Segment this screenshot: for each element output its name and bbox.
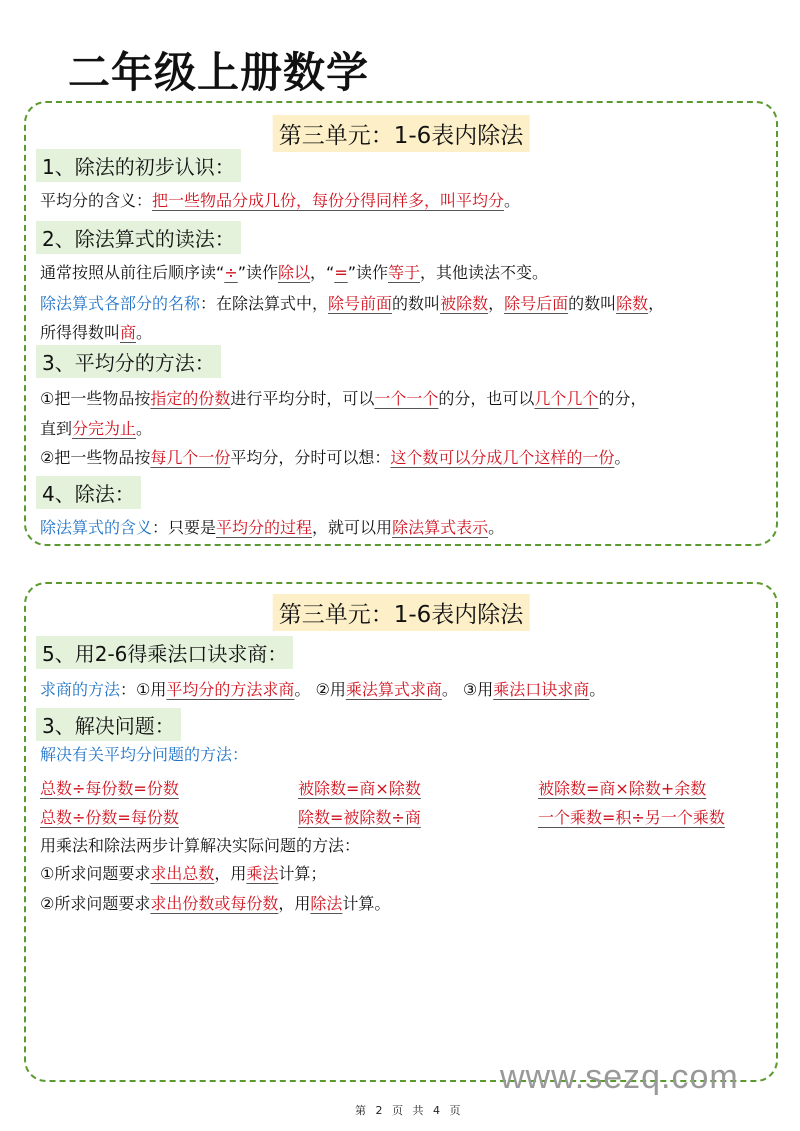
key-phrase: 除法 <box>310 894 342 913</box>
punct: 。 <box>589 680 605 699</box>
key-phrase: 指定的份数 <box>150 389 230 408</box>
text: ”读作 <box>238 263 278 282</box>
section-heading-4: 4、除法： <box>36 476 141 509</box>
text: 的分，也可以 <box>438 389 534 408</box>
punct: 。 <box>488 518 504 537</box>
key-phrase: 求出总数 <box>150 864 214 883</box>
key-phrase: 平均分的过程 <box>216 518 312 537</box>
key-phrase: 几个几个 <box>534 389 598 408</box>
key-phrase: 把一些物品分成几份，每份分得同样多，叫平均分 <box>152 191 504 210</box>
page-title: 二年级上册数学 <box>68 40 369 100</box>
key-phrase: 乘法算式求商 <box>346 680 442 699</box>
text: ：①用 <box>120 680 166 699</box>
text: ②所求问题要求 <box>40 894 150 913</box>
text: ， <box>648 294 664 313</box>
unit-box-1: 第三单元：1-6表内除法 1、除法的初步认识： 平均分的含义：把一些物品分成几份… <box>24 101 778 546</box>
text: 。 ③用 <box>442 680 493 699</box>
text: ：只要是 <box>152 518 216 537</box>
page-number: 第 2 页 共 4 页 <box>355 1102 463 1118</box>
text: ”读作 <box>348 263 388 282</box>
unit-title: 第三单元：1-6表内除法 <box>273 115 530 152</box>
formula: 除数=被除数÷商 <box>298 805 421 828</box>
part-names: 除法算式各部分的名称：在除法算式中，除号前面的数叫被除数，除号后面的数叫除数， <box>40 294 664 314</box>
avg-problem-methods-label: 解决有关平均分问题的方法： <box>40 745 248 765</box>
key-phrase: 等于 <box>388 263 420 282</box>
text: ②把一些物品按 <box>40 448 150 467</box>
text: ，“ <box>310 263 334 282</box>
text: 平均分，分时可以想： <box>230 448 390 467</box>
key-phrase: 除号前面 <box>328 294 392 313</box>
key-phrase: 除数 <box>616 294 648 313</box>
label: 平均分的含义： <box>40 191 152 210</box>
reading-rule: 通常按照从前往后顺序读“÷”读作除以，“=”读作等于，其他读法不变。 <box>40 263 548 283</box>
text: ①所求问题要求 <box>40 864 150 883</box>
blue-label: 求商的方法 <box>40 680 120 699</box>
text: 直到 <box>40 419 72 438</box>
watermark: www.sezq.com <box>500 1058 739 1097</box>
text: ①把一些物品按 <box>40 389 150 408</box>
punct: 。 <box>614 448 630 467</box>
text: ，其他读法不变。 <box>420 263 548 282</box>
section-heading-6: 3、解决问题： <box>36 708 181 741</box>
divide-symbol: ÷ <box>224 263 237 282</box>
unit-title: 第三单元：1-6表内除法 <box>273 594 530 631</box>
punct: 。 <box>136 419 152 438</box>
text: 的数叫 <box>392 294 440 313</box>
division-meaning: 除法算式的含义：只要是平均分的过程，就可以用除法算式表示。 <box>40 518 504 538</box>
text: ，就可以用 <box>312 518 392 537</box>
text: ， <box>488 294 504 313</box>
two-step-1: ①所求问题要求求出总数，用乘法计算； <box>40 864 326 884</box>
text: 所得得数叫 <box>40 323 120 342</box>
text: 计算。 <box>342 894 390 913</box>
text: 计算； <box>278 864 326 883</box>
two-step-2: ②所求问题要求求出份数或每份数，用除法计算。 <box>40 894 390 914</box>
equals-symbol: = <box>334 263 347 282</box>
punct: 。 <box>136 323 152 342</box>
quotient-methods: 求商的方法：①用平均分的方法求商。 ②用乘法算式求商。 ③用乘法口诀求商。 <box>40 680 605 700</box>
formula: 总数÷每份数=份数 <box>40 776 179 799</box>
key-phrase: 乘法口诀求商 <box>493 680 589 699</box>
section-heading-5: 5、用2-6得乘法口诀求商： <box>36 636 293 669</box>
blue-label: 除法算式的含义 <box>40 518 152 537</box>
avg-definition: 平均分的含义：把一些物品分成几份，每份分得同样多，叫平均分。 <box>40 191 520 211</box>
section-heading-2: 2、除法算式的读法： <box>36 221 241 254</box>
blue-label: 除法算式各部分的名称 <box>40 294 200 313</box>
key-phrase: 乘法 <box>246 864 278 883</box>
key-phrase: 每几个一份 <box>150 448 230 467</box>
key-phrase: 这个数可以分成几个这样的一份 <box>390 448 614 467</box>
section-heading-3: 3、平均分的方法： <box>36 345 221 378</box>
formula: 被除数=商×除数+余数 <box>538 776 706 799</box>
text: ：在除法算式中， <box>200 294 328 313</box>
key-phrase: 平均分的方法求商 <box>166 680 294 699</box>
key-phrase: 分完为止 <box>72 419 136 438</box>
key-phrase: 求出份数或每份数 <box>150 894 278 913</box>
section-heading-1: 1、除法的初步认识： <box>36 149 241 182</box>
text: ，用 <box>214 864 246 883</box>
formula: 一个乘数=积÷另一个乘数 <box>538 805 725 828</box>
method-1-cont: 直到分完为止。 <box>40 419 152 439</box>
key-phrase: 除以 <box>278 263 310 282</box>
formula: 总数÷份数=每份数 <box>40 805 179 828</box>
method-1: ①把一些物品按指定的份数进行平均分时，可以一个一个的分，也可以几个几个的分， <box>40 389 646 409</box>
formula: 被除数=商×除数 <box>298 776 421 799</box>
key-phrase: 商 <box>120 323 136 342</box>
two-step-methods-label: 用乘法和除法两步计算解决实际问题的方法： <box>40 836 360 856</box>
unit-box-2: 第三单元：1-6表内除法 5、用2-6得乘法口诀求商： 求商的方法：①用平均分的… <box>24 582 778 1082</box>
text: 进行平均分时，可以 <box>230 389 374 408</box>
key-phrase: 除法算式表示 <box>392 518 488 537</box>
key-phrase: 一个一个 <box>374 389 438 408</box>
text: ，用 <box>278 894 310 913</box>
text: 。 ②用 <box>294 680 345 699</box>
key-phrase: 除号后面 <box>504 294 568 313</box>
text: 的分， <box>598 389 646 408</box>
punct: 。 <box>504 191 520 210</box>
part-names-cont: 所得得数叫商。 <box>40 323 152 343</box>
text: 的数叫 <box>568 294 616 313</box>
method-2: ②把一些物品按每几个一份平均分，分时可以想：这个数可以分成几个这样的一份。 <box>40 448 630 468</box>
key-phrase: 被除数 <box>440 294 488 313</box>
text: 通常按照从前往后顺序读“ <box>40 263 224 282</box>
